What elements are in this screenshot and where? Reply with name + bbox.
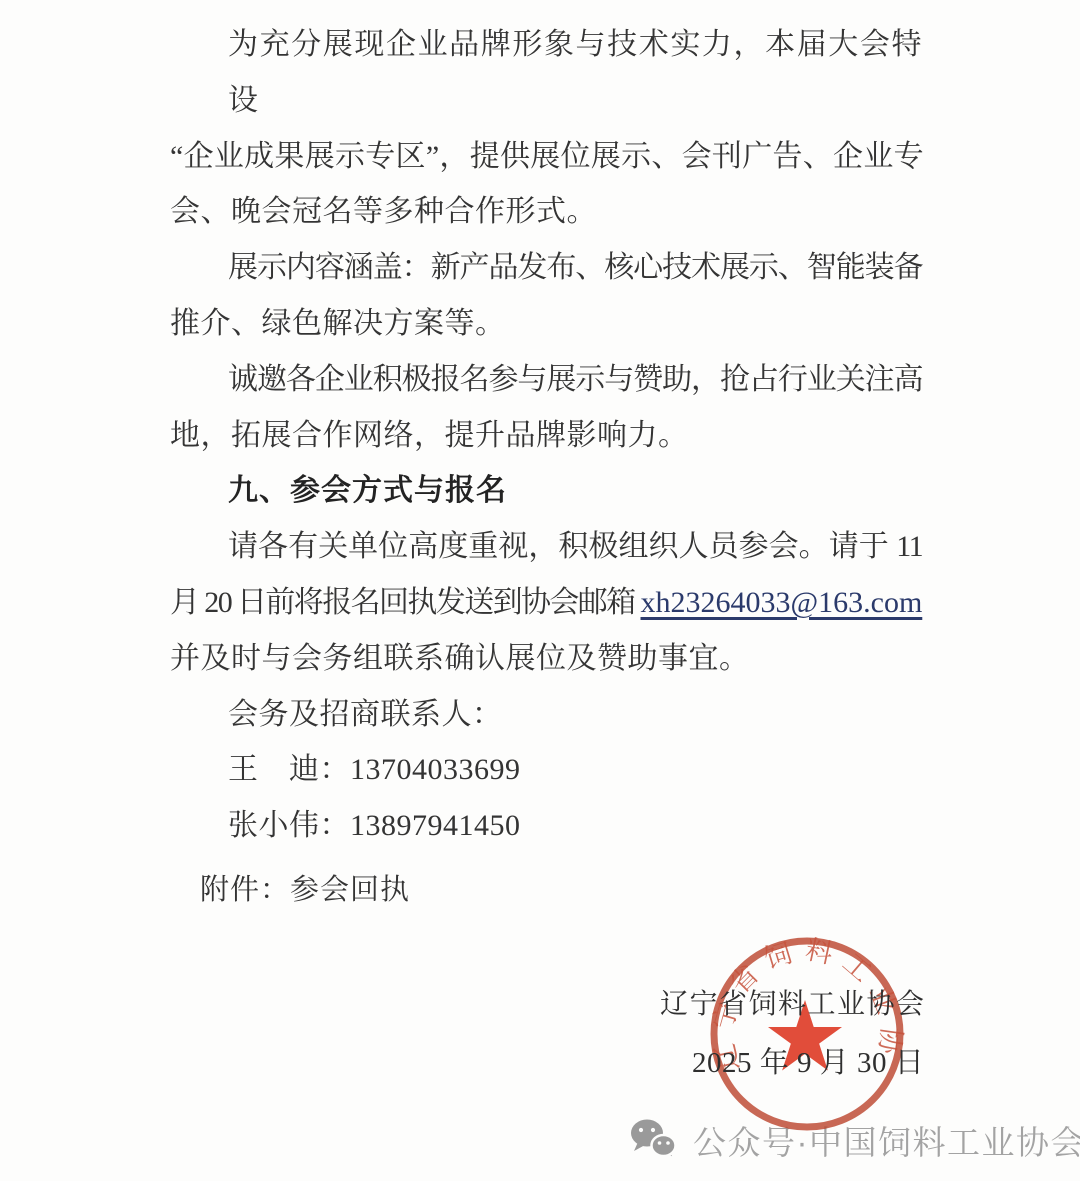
email-link[interactable]: xh23264033@163.com bbox=[641, 586, 923, 619]
official-seal: 辽宁省饲料工业协会 bbox=[707, 934, 907, 1134]
paragraph-line: “企业成果展示专区”，提供展位展示、会刊广告、企业专 bbox=[170, 129, 922, 185]
paragraph-line: 展示内容涵盖：新产品发布、核心技术展示、智能装备 bbox=[170, 240, 922, 296]
paragraph-line: 请各有关单位高度重视，积极组织人员参会。请于 11 bbox=[170, 519, 922, 575]
signature-date: 2025 年 9 月 30 日 bbox=[692, 1040, 924, 1081]
notice-body: 为充分展现企业品牌形象与技术实力，本届大会特设 “企业成果展示专区”，提供展位展… bbox=[170, 17, 922, 854]
contact-line-wangdi: 王 迪：13704033699 bbox=[170, 742, 922, 798]
section-heading: 九、参会方式与报名 bbox=[170, 463, 922, 519]
wechat-icon bbox=[630, 1118, 677, 1162]
paragraph-line: 为充分展现企业品牌形象与技术实力，本届大会特设 bbox=[170, 17, 922, 129]
paragraph-line: 地，拓展合作网络，提升品牌影响力。 bbox=[170, 408, 922, 464]
paragraph-line-with-email: 月 20 日前将报名回执发送到协会邮箱 xh23264033@163.com bbox=[170, 575, 922, 631]
signature-org: 辽宁省饲料工业协会 bbox=[660, 982, 926, 1022]
paragraph-line: 推介、绿色解决方案等。 bbox=[170, 296, 922, 352]
contact-heading-line: 会务及招商联系人： bbox=[170, 687, 922, 743]
contact-line-zhangxiaowei: 张小伟：13897941450 bbox=[170, 798, 922, 854]
paragraph-line: 并及时与会务组联系确认展位及赞助事宜。 bbox=[170, 631, 922, 687]
document-page: 为充分展现企业品牌形象与技术实力，本届大会特设 “企业成果展示专区”，提供展位展… bbox=[0, 0, 1080, 1181]
email-line-prefix: 月 20 日前将报名回执发送到协会邮箱 bbox=[170, 586, 641, 619]
paragraph-line: 诚邀各企业积极报名参与展示与赞助，抢占行业关注高 bbox=[170, 352, 922, 408]
paragraph-line: 会、晚会冠名等多种合作形式。 bbox=[170, 184, 922, 240]
seal-graphic: 辽宁省饲料工业协会 bbox=[707, 934, 907, 1134]
attachment-note: 附件：参会回执 bbox=[200, 864, 410, 916]
